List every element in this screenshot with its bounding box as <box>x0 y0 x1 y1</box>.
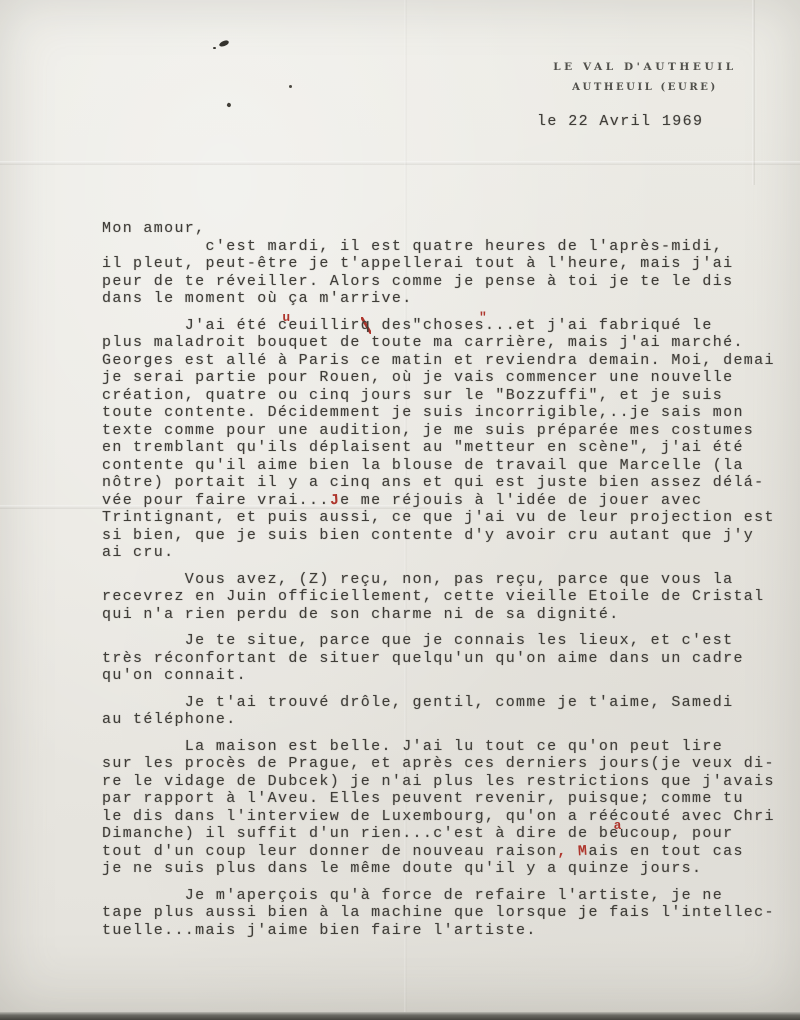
letter-line: re le vidage de Dubcek) je n'ai plus les… <box>102 773 800 791</box>
letter-line: ai cru. <box>102 544 800 562</box>
typed-text: La maison est belle. J'ai lu tout ce qu'… <box>102 738 723 755</box>
letter-line: je ne suis plus dans le même doute qu'il… <box>102 860 800 878</box>
letter-line: Je t'ai trouvé drôle, gentil, comme je t… <box>102 694 800 712</box>
typed-text: Je te situe, parce que je connais les li… <box>102 632 733 649</box>
letter-line: dans le moment où ça m'arrive. <box>102 290 800 308</box>
letter-line: par rapport à l'Aveu. Elles peuvent reve… <box>102 790 800 808</box>
typed-text: au téléphone. <box>102 711 237 728</box>
letter-line: le dis dans l'interview de Luxembourg, q… <box>102 808 800 826</box>
paragraph: Vous avez, (Z) reçu, non, pas reçu, parc… <box>102 571 800 624</box>
letterhead-line1: LE VAL D'AUTHEUIL <box>520 61 770 73</box>
typed-text: ais en tout cas <box>589 843 744 860</box>
letter-line: en tremblant qu'ils déplaisent au "mette… <box>102 439 800 457</box>
typed-text: Trintignant, et puis aussi, ce que j'ai … <box>102 509 775 526</box>
ink-speck <box>226 102 231 107</box>
typed-text: toute contente. Décidemment je suis inco… <box>102 404 744 421</box>
typed-text: texte comme pour une audition, je me sui… <box>102 422 754 439</box>
typed-text: qui n'a rien perdu de son charme ni de s… <box>102 606 620 623</box>
letterhead-line2: AUTHEUIL (EURE) <box>520 82 770 93</box>
typed-text: plus maladroit bouquet de toute ma carri… <box>102 334 744 351</box>
letter-line: J'ai été cueuillirq des"choses"...et j'a… <box>102 317 800 335</box>
letter-date: le 22 Avril 1969 <box>537 113 703 130</box>
letter-line: très réconfortant de situer quelqu'un qu… <box>102 650 800 668</box>
ink-speck <box>213 47 216 49</box>
red-handwritten-correction: J <box>329 491 341 509</box>
letter-line: je serai partie pour Rouen, où je vais c… <box>102 369 800 387</box>
typed-text: e me réjouis à l'idée de jouer avec <box>340 492 702 509</box>
letter-line: Je te situe, parce que je connais les li… <box>102 632 800 650</box>
letter-line: sur les procès de Prague, et après ces d… <box>102 755 800 773</box>
letter-line: Vous avez, (Z) reçu, non, pas reçu, parc… <box>102 571 800 589</box>
typed-text: si bien, que je suis bien contente d'y a… <box>102 527 754 544</box>
paragraph: La maison est belle. J'ai lu tout ce qu'… <box>102 738 800 878</box>
typed-text: très réconfortant de situer quelqu'un qu… <box>102 650 744 667</box>
letter-line: tout d'un coup leur donner de nouveau ra… <box>102 843 800 861</box>
letter-line: qu'on connait. <box>102 667 800 685</box>
paragraph: Je t'ai trouvé drôle, gentil, comme je t… <box>102 694 800 729</box>
scan-bottom-edge <box>0 1012 800 1020</box>
letterhead: LE VAL D'AUTHEUIL AUTHEUIL (EURE) <box>520 61 770 93</box>
typed-text: il pleut, peut-être je t'appellerai tout… <box>102 255 733 272</box>
paragraph: J'ai été cueuillirq des"choses"...et j'a… <box>102 317 800 562</box>
letter-line: Mon amour, <box>102 220 800 238</box>
red-handwritten-correction: , <box>557 842 569 860</box>
typed-text: re le vidage de Dubcek) je n'ai plus les… <box>102 773 775 790</box>
typed-text: Je t'ai trouvé drôle, gentil, comme je t… <box>102 694 733 711</box>
typed-text: je ne suis plus dans le même doute qu'il… <box>102 860 702 877</box>
letter-line: contente qu'il aime bien la blouse de tr… <box>102 457 800 475</box>
letter-line: recevrez en Juin officiellement, cette v… <box>102 588 800 606</box>
typed-text: contente qu'il aime bien la blouse de tr… <box>102 457 744 474</box>
typed-text: sur les procès de Prague, et après ces d… <box>102 755 775 772</box>
paragraph: Je te situe, parce que je connais les li… <box>102 632 800 685</box>
typed-text: ucoup, pour <box>620 825 734 842</box>
typed-text: Je m'aperçois qu'à force de refaire l'ar… <box>102 887 723 904</box>
letter-line: au téléphone. <box>102 711 800 729</box>
ink-speck <box>289 85 292 88</box>
typed-text: Georges est allé à Paris ce matin et rev… <box>102 352 775 369</box>
typed-text: le dis dans l'interview de Luxembourg, q… <box>102 808 775 825</box>
typed-text: ...et j'ai fabriqué le <box>485 317 713 334</box>
typed-text: par rapport à l'Aveu. Elles peuvent reve… <box>102 790 744 807</box>
typed-text: dans le moment où ça m'arrive. <box>102 290 413 307</box>
letter-line: La maison est belle. J'ai lu tout ce qu'… <box>102 738 800 756</box>
paragraph: Mon amour, c'est mardi, il est quatre he… <box>102 220 800 308</box>
typed-text: peur de te réveiller. Alors comme je pen… <box>102 273 733 290</box>
letter-line: toute contente. Décidemment je suis inco… <box>102 404 800 422</box>
typed-text: ai cru. <box>102 544 174 561</box>
typed-text: vée pour faire vrai... <box>102 492 330 509</box>
letter-body: Mon amour, c'est mardi, il est quatre he… <box>102 220 800 948</box>
ink-speck <box>218 40 229 48</box>
typed-text: Mon amour, <box>102 220 206 237</box>
typed-text: en tremblant qu'ils déplaisent au "mette… <box>102 439 744 456</box>
typed-text: c'est mardi, il est quatre heures de l'a… <box>102 238 723 255</box>
letter-line: plus maladroit bouquet de toute ma carri… <box>102 334 800 352</box>
typed-text: tuelle...mais j'aime bien faire l'artist… <box>102 922 537 939</box>
letter-line: tuelle...mais j'aime bien faire l'artist… <box>102 922 800 940</box>
typed-text: recevrez en Juin officiellement, cette v… <box>102 588 765 605</box>
typed-text: qu'on connait. <box>102 667 247 684</box>
typed-text: q <box>361 317 371 334</box>
letter-line: Trintignant, et puis aussi, ce que j'ai … <box>102 509 800 527</box>
letter-line: qui n'a rien perdu de son charme ni de s… <box>102 606 800 624</box>
typed-text: Vous avez, (Z) reçu, non, pas reçu, parc… <box>102 571 733 588</box>
typed-text: J'ai été c <box>102 317 288 334</box>
typed-text: tout d'un coup leur donner de nouveau ra… <box>102 843 557 860</box>
typed-text: Dimanche) il suffit d'un rien...c'est à … <box>102 825 620 842</box>
letter-line: texte comme pour une audition, je me sui… <box>102 422 800 440</box>
letter-line: si bien, que je suis bien contente d'y a… <box>102 527 800 545</box>
letter-line: Dimanche) il suffit d'un rien...c'est à … <box>102 825 800 843</box>
letter-line: Georges est allé à Paris ce matin et rev… <box>102 352 800 370</box>
scanned-letter-page: { "colors":{"paper":"#eae8e2","ink":"#3f… <box>0 0 800 1020</box>
paper-sheet: LE VAL D'AUTHEUIL AUTHEUIL (EURE) le 22 … <box>0 0 800 1013</box>
letter-line: création, quatre ou cinq jours sur le "B… <box>102 387 800 405</box>
typed-text: je serai partie pour Rouen, où je vais c… <box>102 369 733 386</box>
letter-line: vée pour faire vrai...Je me réjouis à l'… <box>102 492 800 510</box>
typed-text: euillir <box>288 317 360 334</box>
letter-line: tape plus aussi bien à la machine que lo… <box>102 904 800 922</box>
letter-line: Je m'aperçois qu'à force de refaire l'ar… <box>102 887 800 905</box>
letter-line: c'est mardi, il est quatre heures de l'a… <box>102 238 800 256</box>
typed-text: tape plus aussi bien à la machine que lo… <box>102 904 775 921</box>
red-handwritten-correction: M <box>578 842 590 860</box>
typed-text: des"choses <box>371 317 485 334</box>
letter-line: il pleut, peut-être je t'appellerai tout… <box>102 255 800 273</box>
paragraph: Je m'aperçois qu'à force de refaire l'ar… <box>102 887 800 940</box>
fold-crease-horizontal-top <box>0 161 800 165</box>
letter-line: nôtre) portait il y a cinq ans et qui es… <box>102 474 800 492</box>
typed-text: nôtre) portait il y a cinq ans et qui es… <box>102 474 765 491</box>
typed-text: création, quatre ou cinq jours sur le "B… <box>102 387 723 404</box>
letter-line: peur de te réveiller. Alors comme je pen… <box>102 273 800 291</box>
